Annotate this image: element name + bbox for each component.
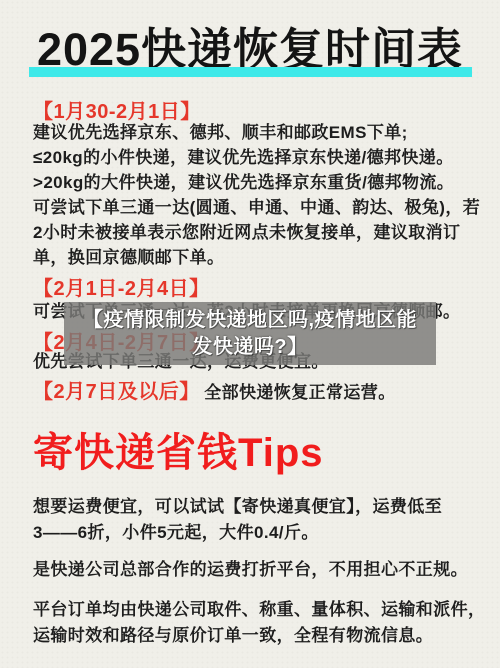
section-4-row: 【2月7日及以后】 全部快递恢复正常运营。 [33, 375, 396, 404]
section-line: 单，换回京德顺邮下单。 [33, 245, 478, 270]
tips-line: 平台订单均由快递公司取件、称重、量体积、运输和派件， [33, 597, 478, 623]
tips-paragraph-3: 平台订单均由快递公司取件、称重、量体积、运输和派件， 运输时效和路径与原价订单一… [33, 597, 478, 649]
section-inline-text-4: 全部快递恢复正常运营。 [204, 383, 395, 402]
section-line: 2小时未被接单表示您附近网点未恢复接单，建议取消订 [33, 220, 478, 245]
section-line: ≤20kg的小件快递，建议优先选择京东快递/德邦快递。 [33, 145, 478, 170]
section-line: 可尝试下单三通一达(圆通、申通、中通、韵达、极兔)，若 [33, 195, 478, 220]
tips-line: 运输时效和路径与原价订单一致，全程有物流信息。 [33, 623, 478, 649]
overlay-text-line: 发快递吗?】 [64, 334, 436, 361]
section-heading-4: 【2月7日及以后】 [33, 381, 200, 403]
section-body-1: 建议优先选择京东、德邦、顺丰和邮政EMS下单; ≤20kg的小件快递，建议优先选… [33, 120, 478, 270]
section-line: 建议优先选择京东、德邦、顺丰和邮政EMS下单; [33, 120, 478, 145]
tips-line: 是快递公司总部合作的运费打折平台，不用担心不正规。 [33, 557, 478, 582]
pandemic-question-watermark-overlay: 【疫情限制发快递地区吗,疫情地区能 发快递吗?】 [64, 302, 436, 365]
tips-title: 寄快递省钱Tips [33, 421, 324, 478]
section-heading-2: 【2月1日-2月4日】 [33, 272, 210, 301]
title-underline-bar [29, 67, 472, 77]
tips-paragraph-2: 是快递公司总部合作的运费打折平台，不用担心不正规。 [33, 557, 478, 582]
section-line: >20kg的大件快递，建议优先选择京东重货/德邦物流。 [33, 170, 478, 195]
tips-line: 想要运费便宜，可以试试【寄快递真便宜】，运费低至 [33, 494, 478, 520]
tips-line: 3——6折，小件5元起，大件0.4/斤。 [33, 520, 478, 546]
tips-paragraph-1: 想要运费便宜，可以试试【寄快递真便宜】，运费低至 3——6折，小件5元起，大件0… [33, 494, 478, 546]
overlay-text-line: 【疫情限制发快递地区吗,疫情地区能 [64, 307, 436, 334]
